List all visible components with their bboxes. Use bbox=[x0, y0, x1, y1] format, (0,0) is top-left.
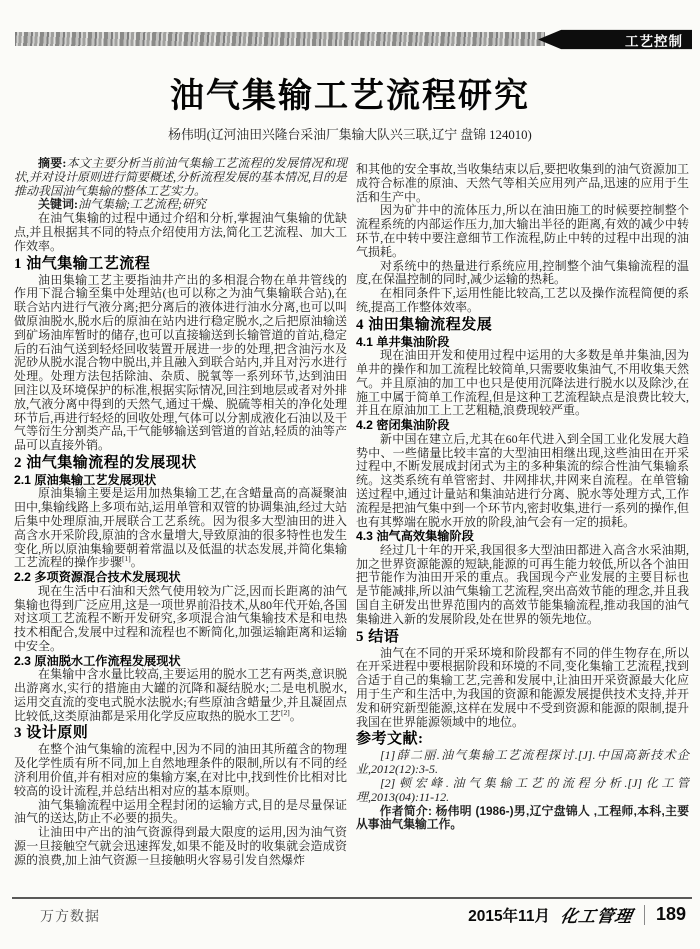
wanfang-watermark: 万方数据 bbox=[40, 906, 100, 926]
body-paragraph: 现在生活中石油和天然气使用较为广泛,因而长距离的油气集输也得到广泛应用,这是一项… bbox=[14, 585, 347, 654]
body-paragraph: 在整个油气集输的流程中,因为不同的油田其所蕴含的物理及化学性质有所不同,加上自然… bbox=[14, 743, 347, 798]
footer-journal-info: 2015年11月 化工管理 189 bbox=[468, 902, 686, 927]
journal-logo: 化工管理 bbox=[559, 902, 635, 927]
footer-divider bbox=[12, 897, 692, 899]
body-paragraph: 在油气集输的过程中通过介绍和分析,掌握油气集输的优缺点,并且根据其不同的特点介绍… bbox=[14, 212, 347, 253]
article-title: 油气集输工艺流程研究 bbox=[0, 68, 700, 117]
issue-date: 2015年11月 bbox=[468, 904, 550, 926]
body-paragraph: 在相同条件下,运用性能比较高,工艺以及操作流程简便的系统,提高工作整体效率。 bbox=[356, 287, 689, 315]
body-paragraph: 在集输中含水量比较高,主要运用的脱水工艺有两类,意识脱出游离水,实行的措施由大罐… bbox=[14, 668, 347, 723]
section-heading: 4 油田集输流程发展 bbox=[356, 316, 689, 335]
section-heading: 3 设计原则 bbox=[14, 724, 347, 743]
body-paragraph: 和其他的安全事故,当收集结束以后,要把收集到的油气资源加工成符合标准的原油、天然… bbox=[356, 163, 689, 204]
footer-separator bbox=[644, 905, 645, 925]
column-left: 摘要:本文主要分析当前油气集输工艺流程的发展情况和现状,并对设计原则进行简要概述… bbox=[14, 157, 347, 897]
section-heading: 5 结语 bbox=[356, 628, 689, 647]
body-paragraph: 对系统中的热量进行系统应用,控制整个油气集输流程的温度,在保温控制的同时,减少运… bbox=[356, 260, 689, 288]
page-number: 189 bbox=[656, 904, 686, 925]
citation-superscript: [2] bbox=[281, 708, 290, 717]
body-paragraph: 油气在不同的开采环境和阶段都有不同的伴生物存在,所以在开采进程中要根据阶段和环境… bbox=[356, 647, 689, 730]
body-paragraph: 让油田中产出的油气资源得到最大限度的运用,因为油气资源一旦接触空气就会迅速挥发,… bbox=[14, 826, 347, 867]
body-paragraph: 经过几十年的开采,我国很多大型油田都进入高含水采油期,加之世界资源能源的短缺,能… bbox=[356, 544, 689, 627]
section-heading: 1 油气集输工艺流程 bbox=[14, 255, 347, 274]
article-body: 摘要:本文主要分析当前油气集输工艺流程的发展情况和现状,并对设计原则进行简要概述… bbox=[14, 157, 690, 897]
body-paragraph: 油田集输工艺主要指油井产出的多相混合物在单井管线的作用下混合输至集中处理站(也可… bbox=[14, 274, 347, 453]
body-paragraph: 新中国在建立后,尤其在60年代进入到全国工业化发展大趋势中、一些储量比较丰富的大… bbox=[356, 433, 689, 530]
citation-superscript: [1] bbox=[122, 554, 131, 563]
reference-item: [1]薛二丽.油气集输工艺流程探讨.[J].中国高新技术企业,2012(12):… bbox=[356, 749, 689, 777]
section-heading: 2 油气集输流程的发展现状 bbox=[14, 454, 347, 473]
author-bio: 作者简介: 杨伟明 (1986-)男,辽宁盘锦人 ,工程师,本科,主要从事油气集… bbox=[356, 805, 689, 833]
journal-page: 工艺控制 油气集输工艺流程研究 杨伟明(辽河油田兴隆台采油厂集输大队兴三联,辽宁… bbox=[0, 0, 700, 949]
field-label: 摘要: bbox=[38, 157, 66, 170]
header-decoration-band bbox=[15, 32, 545, 46]
subsection-heading: 2.2 多项资源混合技术发展现状 bbox=[14, 570, 347, 585]
body-paragraph: 原油集输主要是运用加热集输工艺,在含蜡量高的高凝聚油田中,集输线路上多项布站,运… bbox=[14, 487, 347, 570]
body-paragraph: 现在油田开发和使用过程中运用的大多数是单井集油,因为单井的操作和加工流程比较简单… bbox=[356, 349, 689, 418]
column-category-tag: 工艺控制 bbox=[538, 29, 692, 50]
body-paragraph: 油气集输流程中运用全程封闭的运输方式,目的是尽量保证油气的送达,防止不必要的损失… bbox=[14, 799, 347, 827]
references-heading: 参考文献: bbox=[356, 730, 689, 749]
abstract-line: 摘要:本文主要分析当前油气集输工艺流程的发展情况和现状,并对设计原则进行简要概述… bbox=[14, 157, 347, 198]
field-label: 关键词: bbox=[38, 197, 78, 211]
subsection-heading: 4.3 油气高效集输阶段 bbox=[356, 529, 689, 544]
subsection-heading: 4.2 密闭集油阶段 bbox=[356, 418, 689, 433]
body-paragraph: 因为矿井中的流体压力,所以在油田施工的时候要控制整个流程系统的内部运作压力,加大… bbox=[356, 204, 689, 259]
column-category-label: 工艺控制 bbox=[625, 30, 683, 50]
author-affiliation-line: 杨伟明(辽河油田兴隆台采油厂集输大队兴三联,辽宁 盘锦 124010) bbox=[0, 124, 700, 143]
column-right: 和其他的安全事故,当收集结束以后,要把收集到的油气资源加工成符合标准的原油、天然… bbox=[356, 157, 689, 897]
reference-item: [2]顿宏峰.油气集输工艺的流程分析.[J]化工管理,2013(04):11-1… bbox=[356, 777, 689, 805]
